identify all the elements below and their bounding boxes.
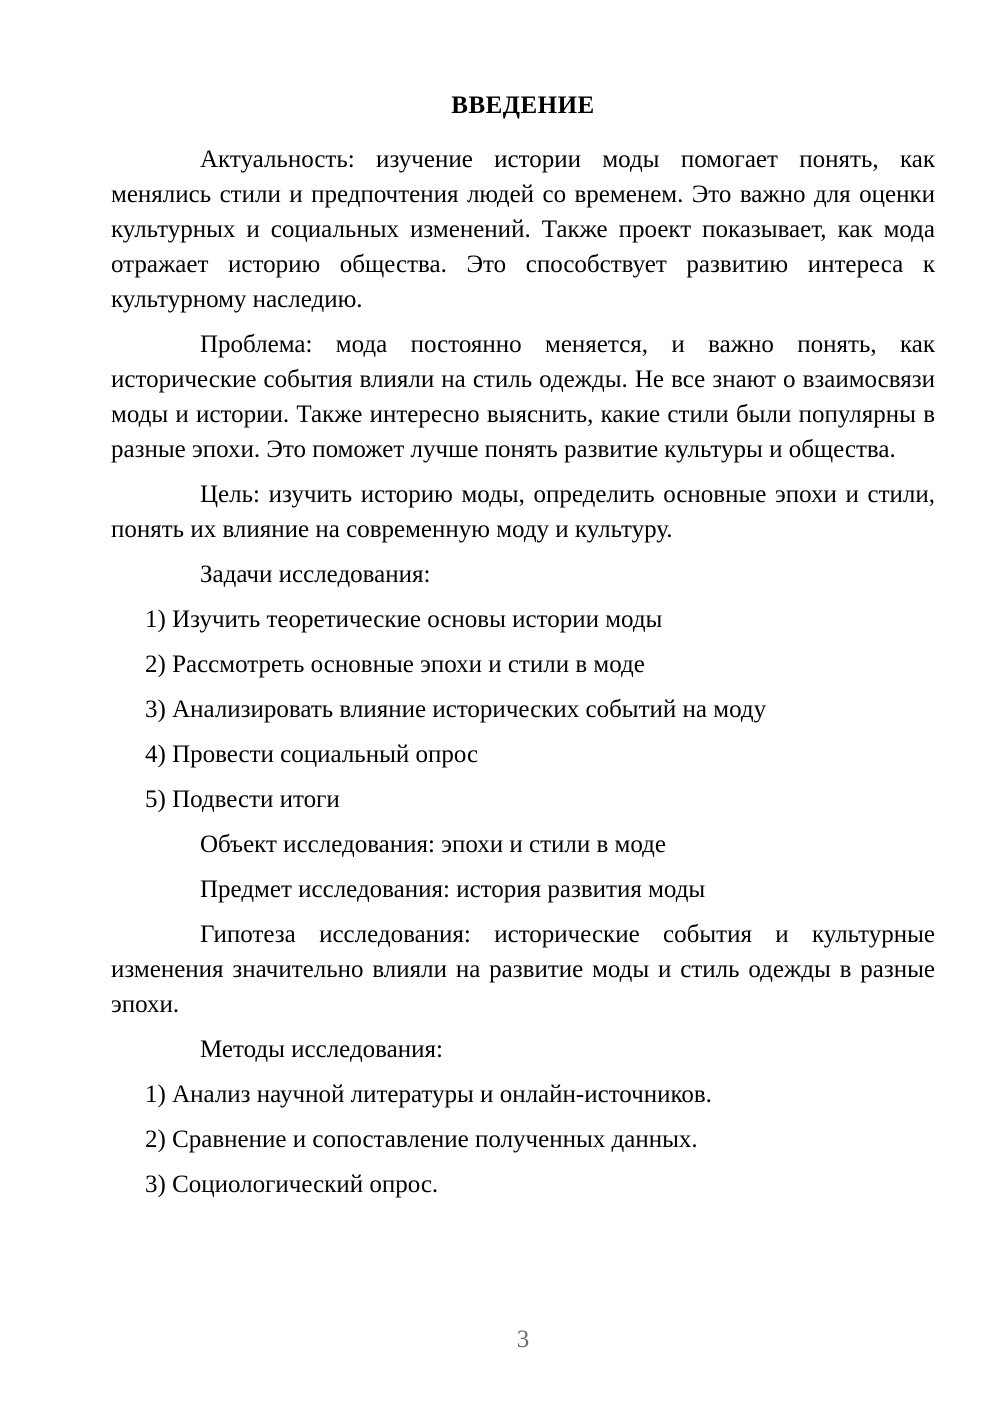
task-item-1: 1) Изучить теоретические основы истории … — [111, 602, 935, 637]
page-title: ВВЕДЕНИЕ — [111, 88, 935, 123]
document-page: ВВЕДЕНИЕ Актуальность: изучение истории … — [0, 0, 1000, 1414]
page-number: 3 — [517, 1326, 530, 1353]
paragraph-actuality: Актуальность: изучение истории моды помо… — [111, 142, 935, 317]
task-item-3: 3) Анализировать влияние исторических со… — [111, 692, 935, 727]
methods-heading: Методы исследования: — [111, 1032, 935, 1067]
paragraph-subject: Предмет исследования: история развития м… — [111, 872, 935, 907]
method-item-3: 3) Социологический опрос. — [111, 1167, 935, 1202]
tasks-heading: Задачи исследования: — [111, 557, 935, 592]
task-item-5: 5) Подвести итоги — [111, 782, 935, 817]
task-item-2: 2) Рассмотреть основные эпохи и стили в … — [111, 647, 935, 682]
paragraph-object: Объект исследования: эпохи и стили в мод… — [111, 827, 935, 862]
method-item-2: 2) Сравнение и сопоставление полученных … — [111, 1122, 935, 1157]
task-item-4: 4) Провести социальный опрос — [111, 737, 935, 772]
document-content: ВВЕДЕНИЕ Актуальность: изучение истории … — [0, 0, 1000, 1212]
page-footer: 3 — [111, 1322, 935, 1357]
paragraph-hypothesis: Гипотеза исследования: исторические собы… — [111, 917, 935, 1022]
method-item-1: 1) Анализ научной литературы и онлайн-ис… — [111, 1077, 935, 1112]
paragraph-goal: Цель: изучить историю моды, определить о… — [111, 477, 935, 547]
paragraph-problem: Проблема: мода постоянно меняется, и важ… — [111, 327, 935, 467]
